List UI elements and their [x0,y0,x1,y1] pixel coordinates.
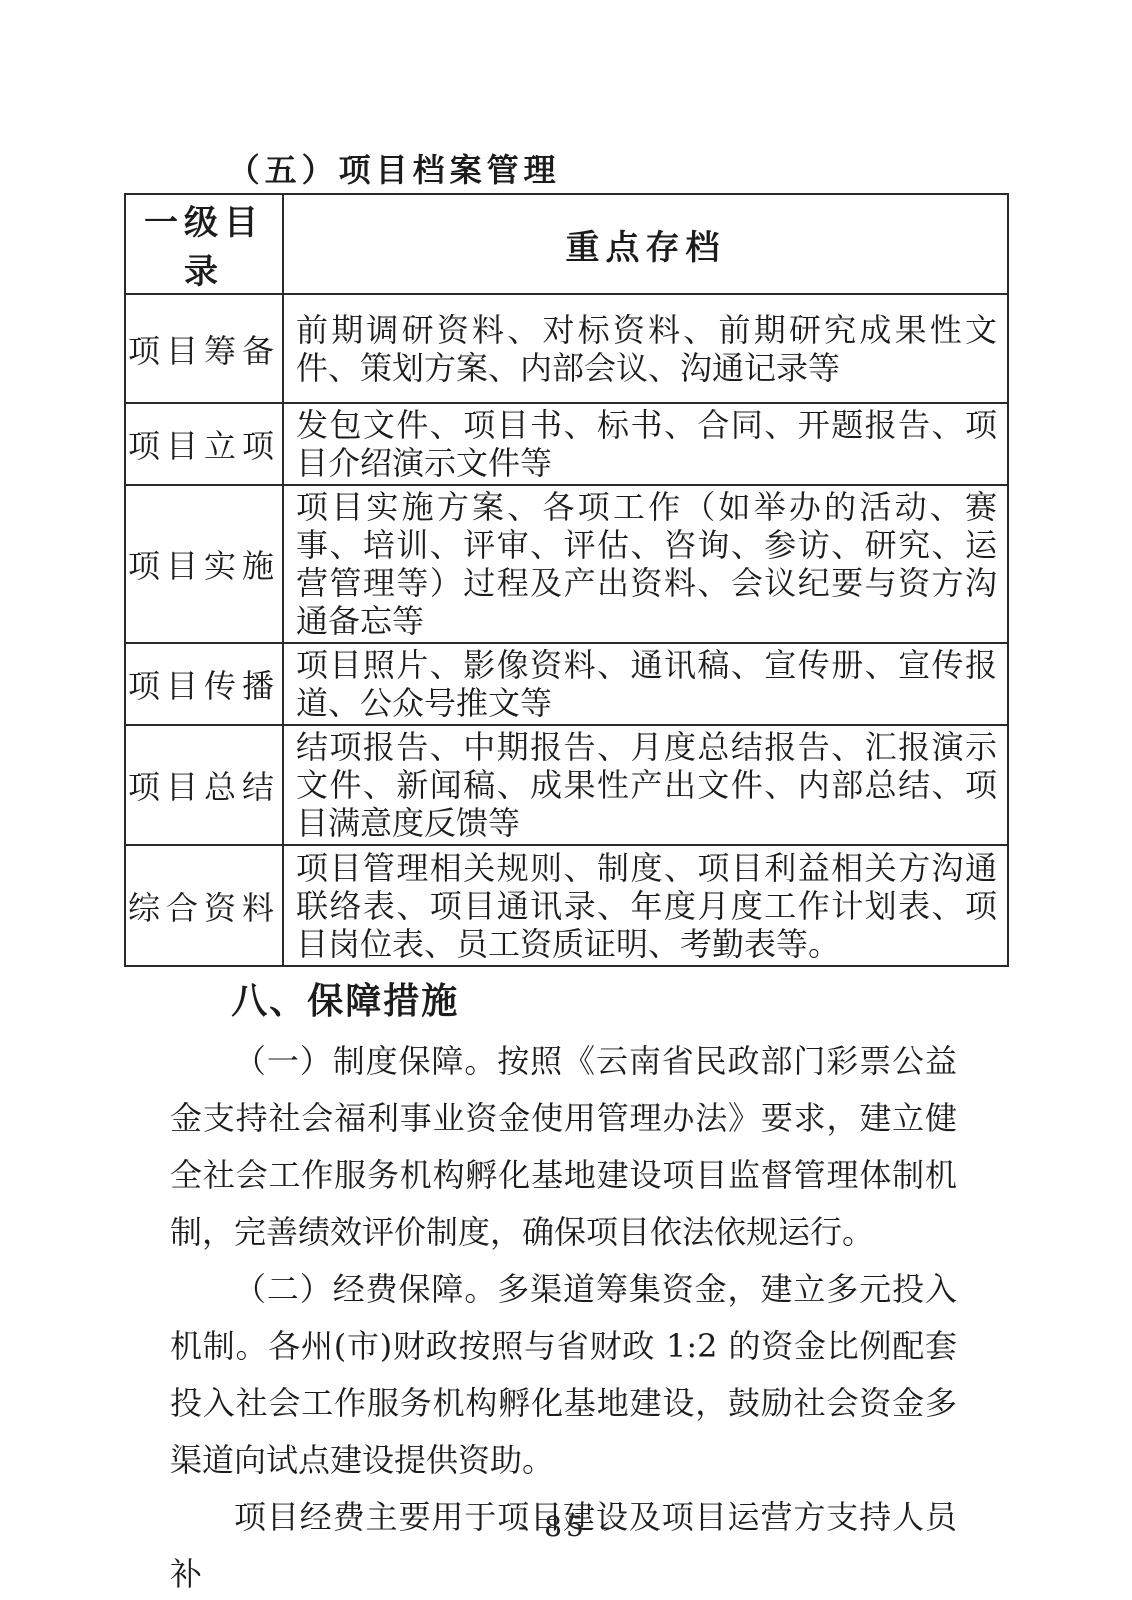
row-category: 项目传播 [125,643,283,725]
row-content: 项目照片、影像资料、通讯稿、宣传册、宣传报道、公众号推文等 [283,643,1008,725]
section-title: （五）项目档案管理 [170,150,960,190]
table-row: 综合资料 项目管理相关规则、制度、项目利益相关方沟通联络表、项目通讯录、年度月度… [125,845,1008,966]
row-content: 项目实施方案、各项工作（如举办的活动、赛事、培训、评审、评估、咨询、参访、研究、… [283,485,1008,643]
row-category: 项目实施 [125,485,283,643]
table-header-row: 一级目录 重点存档 [125,194,1008,294]
row-content: 项目管理相关规则、制度、项目利益相关方沟通联络表、项目通讯录、年度月度工作计划表… [283,845,1008,966]
row-category: 项目立项 [125,403,283,485]
page-number: - 85 - [0,1510,1132,1543]
paragraph: （一）制度保障。按照《云南省民政部门彩票公益金支持社会福利事业资金使用管理办法》… [170,1033,957,1261]
section-heading: 八、保障措施 [170,980,1132,1024]
row-category: 项目筹备 [125,294,283,403]
archive-table: 一级目录 重点存档 项目筹备 前期调研资料、对标资料、前期研究成果性文件、策划方… [124,193,1009,967]
table-row: 项目立项 发包文件、项目书、标书、合同、开题报告、项目介绍演示文件等 [125,403,1008,485]
paragraph: （二）经费保障。多渠道筹集资金，建立多元投入机制。各州(市)财政按照与省财政 1… [170,1261,957,1489]
document-content: （五）项目档案管理 一级目录 重点存档 项目筹备 前期调研资料、对标资料、前期研… [0,0,1132,1600]
table-row: 项目传播 项目照片、影像资料、通讯稿、宣传册、宣传报道、公众号推文等 [125,643,1008,725]
row-content: 前期调研资料、对标资料、前期研究成果性文件、策划方案、内部会议、沟通记录等 [283,294,1008,403]
document-page: （五）项目档案管理 一级目录 重点存档 项目筹备 前期调研资料、对标资料、前期研… [0,0,1132,1600]
table-row: 项目筹备 前期调研资料、对标资料、前期研究成果性文件、策划方案、内部会议、沟通记… [125,294,1008,403]
table-header-category: 一级目录 [125,194,283,294]
row-content: 结项报告、中期报告、月度总结报告、汇报演示文件、新闻稿、成果性产出文件、内部总结… [283,725,1008,845]
row-category: 项目总结 [125,725,283,845]
paragraph-lead: （一）制度保障。 [234,1042,497,1080]
table-row: 项目实施 项目实施方案、各项工作（如举办的活动、赛事、培训、评审、评估、咨询、参… [125,485,1008,643]
table-row: 项目总结 结项报告、中期报告、月度总结报告、汇报演示文件、新闻稿、成果性产出文件… [125,725,1008,845]
row-content: 发包文件、项目书、标书、合同、开题报告、项目介绍演示文件等 [283,403,1008,485]
paragraph: 项目经费主要用于项目建设及项目运营方支持人员补 [170,1489,957,1600]
table-header-archive: 重点存档 [283,194,1008,294]
row-category: 综合资料 [125,845,283,966]
paragraph-lead: （二）经费保障。 [234,1270,497,1308]
